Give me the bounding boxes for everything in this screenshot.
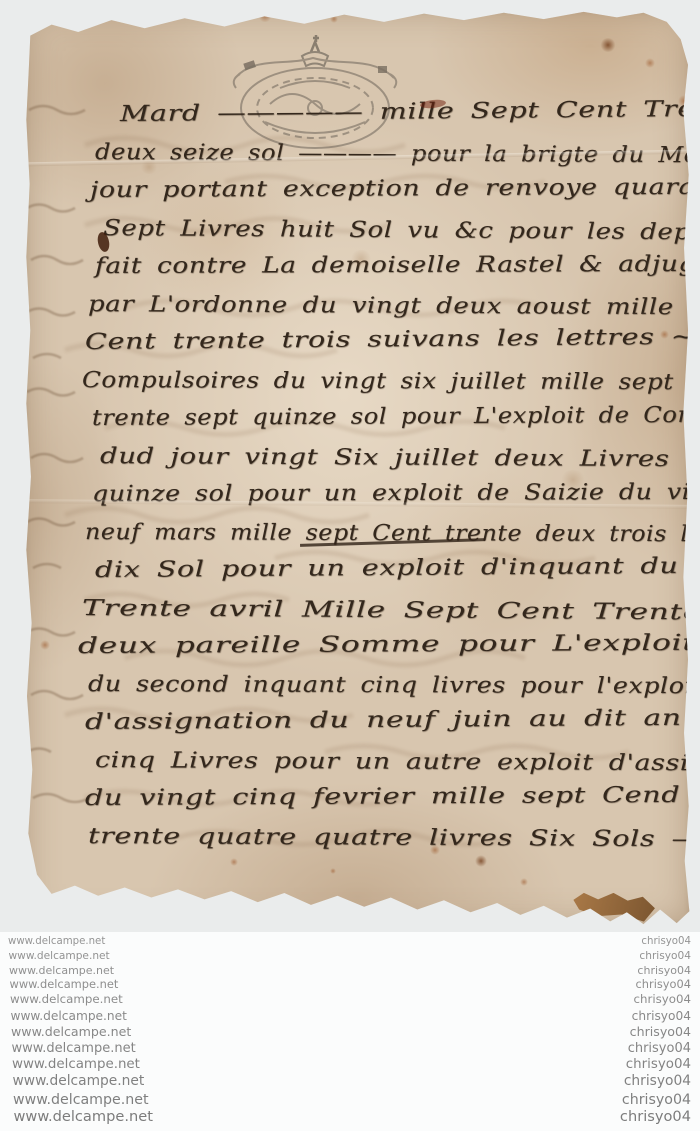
watermark-row: www.delcampe.net chrisyo04 <box>0 1010 700 1022</box>
watermark-row: www.delcampe.net chrisyo04 <box>0 951 700 962</box>
seller-watermark-text: chrisyo04 <box>641 937 691 947</box>
site-watermark-text: www.delcampe.net <box>10 979 119 990</box>
site-watermark-text: www.delcampe.net <box>13 1093 149 1107</box>
seller-watermark-text: chrisyo04 <box>634 994 691 1006</box>
manuscript-line: trente sept quinze sol pour L'exploit de… <box>92 397 700 438</box>
manuscript-line: trente quatre quatre livres Six Sols — <box>88 818 700 860</box>
watermark-row: www.delcampe.net chrisyo04 <box>0 994 700 1006</box>
stain-spot <box>645 58 655 68</box>
stain-spot <box>350 250 372 268</box>
manuscript-line: deux pareille Somme pour L'exploit <box>78 623 700 666</box>
stain-spot <box>40 640 50 650</box>
stain-spot <box>330 15 338 23</box>
site-watermark-text: www.delcampe.net <box>10 994 123 1006</box>
stain-spot <box>678 95 690 107</box>
manuscript-line: Cent trente trois suivans les lettres ~ <box>85 317 700 362</box>
watermark-row: www.delcampe.net chrisyo04 <box>0 1093 700 1107</box>
site-watermark-text: www.delcampe.net <box>9 965 114 976</box>
watermark-row: www.delcampe.net chrisyo04 <box>0 965 700 976</box>
manuscript-line: du vingt cinq fevrier mille sept Cend <box>85 776 700 818</box>
manuscript-line: jour portant exception de renvoye quaran… <box>90 168 700 210</box>
seller-watermark-text: chrisyo04 <box>620 1110 691 1125</box>
seller-watermark-text: chrisyo04 <box>622 1093 691 1107</box>
seller-watermark-text: chrisyo04 <box>624 1075 691 1089</box>
torn-edge-fragment <box>572 889 656 922</box>
manuscript-line: fait contre La demoiselle Rastel & adjug… <box>95 246 700 286</box>
seller-watermark-text: chrisyo04 <box>636 979 691 990</box>
watermark-band: www.delcampe.net chrisyo04 www.delcampe.… <box>0 932 700 1131</box>
site-watermark-text: www.delcampe.net <box>13 1075 145 1089</box>
manuscript-line: d'assignation du neuf juin au dit an — <box>85 698 700 742</box>
watermark-row: www.delcampe.net chrisyo04 <box>0 1026 700 1039</box>
watermark-row: www.delcampe.net chrisyo04 <box>0 1075 700 1089</box>
site-watermark-text: www.delcampe.net <box>11 1026 131 1039</box>
seller-watermark-text: chrisyo04 <box>639 951 691 962</box>
manuscript-line: dix Sol pour un exploit d'inquant du — <box>95 547 700 590</box>
site-watermark-text: www.delcampe.net <box>14 1110 153 1125</box>
watermark-row: www.delcampe.net chrisyo04 <box>0 1042 700 1055</box>
seller-watermark-text: chrisyo04 <box>628 1042 691 1055</box>
seller-watermark-text: chrisyo04 <box>632 1010 691 1022</box>
stain-spot <box>258 10 272 22</box>
site-watermark-text: www.delcampe.net <box>12 1042 136 1055</box>
watermark-row: www.delcampe.net chrisyo04 <box>0 1058 700 1071</box>
watermark-row: www.delcampe.net chrisyo04 <box>0 979 700 990</box>
stain-spot <box>330 868 336 874</box>
scanned-document: Mard ————— mille Sept Cent Trentedeux se… <box>0 0 700 1131</box>
stain-spot <box>600 38 616 52</box>
seller-watermark-text: chrisyo04 <box>626 1058 691 1071</box>
watermark-row: www.delcampe.net chrisyo04 <box>0 1110 700 1125</box>
stain-spot <box>475 855 487 867</box>
stain-spot <box>430 845 440 855</box>
stain-spot <box>520 878 528 886</box>
site-watermark-text: www.delcampe.net <box>8 937 105 947</box>
stain-spot <box>95 12 105 22</box>
stain-spot <box>230 858 238 866</box>
watermark-row: www.delcampe.net chrisyo04 <box>0 937 700 947</box>
site-watermark-text: www.delcampe.net <box>12 1058 140 1071</box>
seller-watermark-text: chrisyo04 <box>637 965 691 976</box>
manuscript-text: Mard ————— mille Sept Cent Trentedeux se… <box>25 96 690 856</box>
seller-watermark-text: chrisyo04 <box>630 1026 691 1039</box>
manuscript-line: Mard ————— mille Sept Cent Trente <box>120 90 700 134</box>
paper-sheet: Mard ————— mille Sept Cent Trentedeux se… <box>25 10 690 925</box>
site-watermark-text: www.delcampe.net <box>9 951 110 962</box>
stain-spot <box>660 330 669 339</box>
site-watermark-text: www.delcampe.net <box>11 1010 127 1022</box>
stain-spot <box>560 470 586 490</box>
